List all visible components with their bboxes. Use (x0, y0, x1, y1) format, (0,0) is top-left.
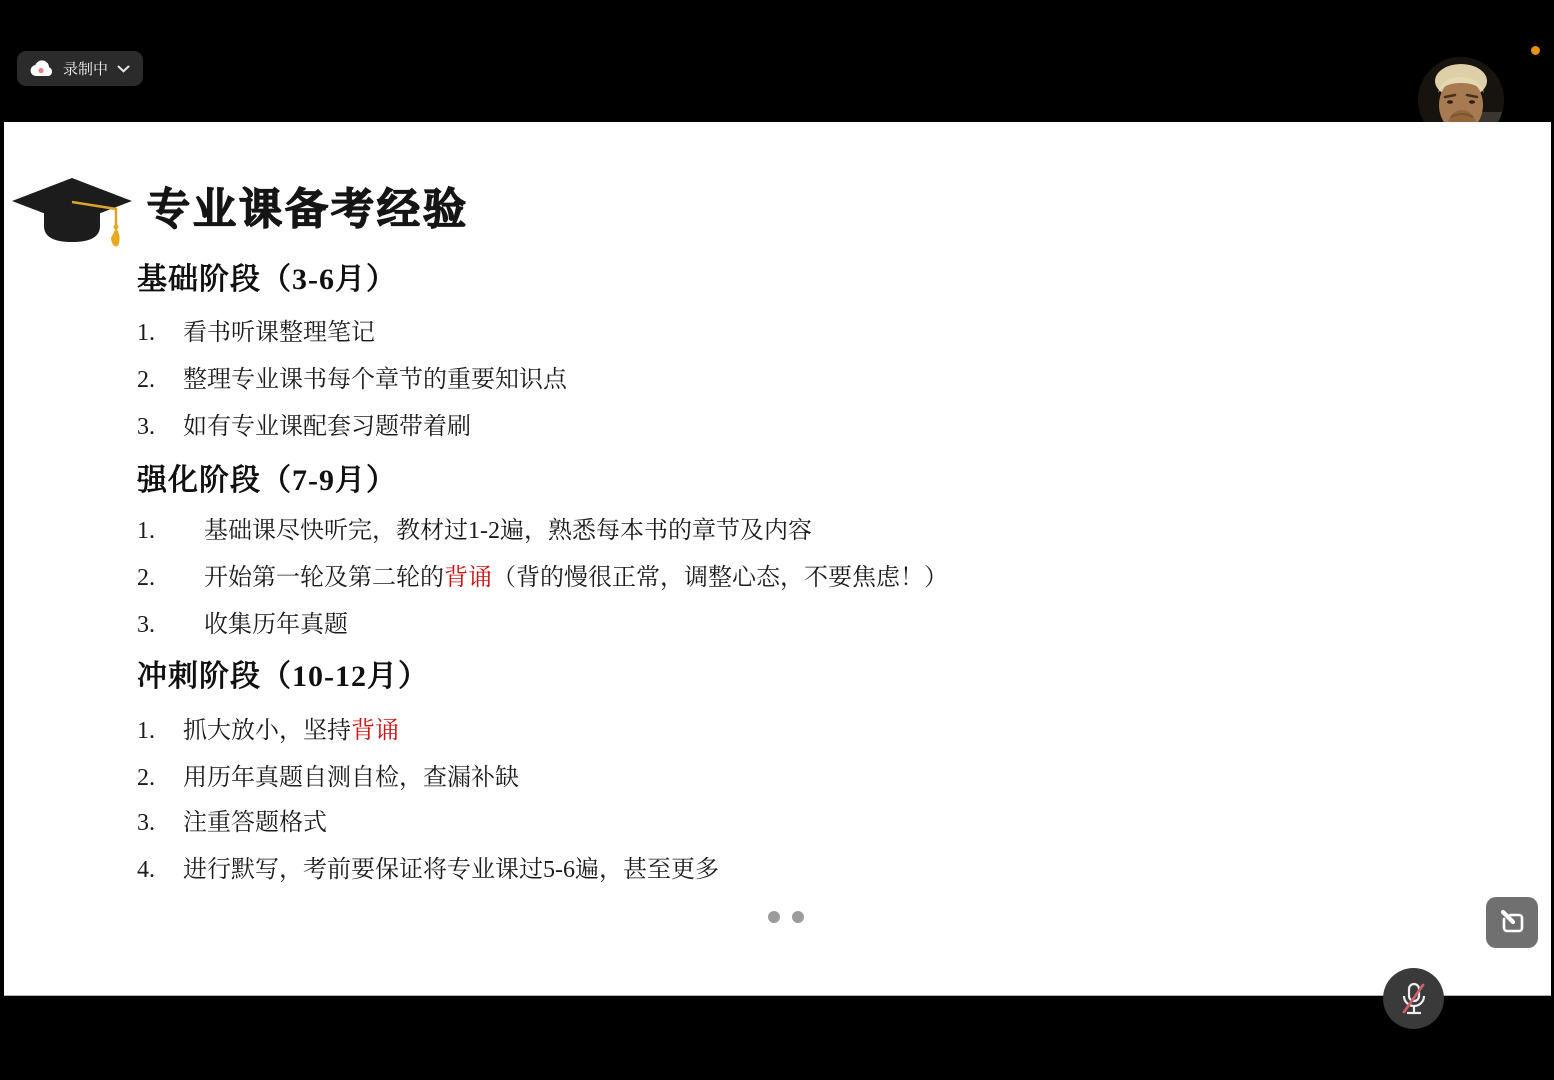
shared-slide: 专业课备考经验 基础阶段（3-6月） 1. 看书听课整理笔记 2. 整理专业课书… (4, 122, 1551, 996)
item-text: 整理专业课书每个章节的重要知识点 (183, 367, 567, 395)
list-item: 3. 如有专业课配套习题带着刷 (137, 414, 471, 442)
item-text-suffix: （背的慢很正常，调整心态，不要焦虑！） (492, 565, 948, 591)
section-heading-intensive: 强化阶段（7-9月） (137, 466, 397, 496)
item-text: 开始第一轮及第二轮的背诵（背的慢很正常，调整心态，不要焦虑！） (204, 565, 948, 593)
notification-dot (1531, 46, 1540, 55)
pagination-dot (768, 911, 780, 923)
item-number: 1. (137, 320, 183, 348)
item-text: 进行默写，考前要保证将专业课过5-6遍，甚至更多 (183, 857, 719, 885)
annotation-button[interactable] (1486, 897, 1538, 948)
item-text-prefix: 抓大放小，坚持 (183, 718, 351, 744)
annotation-pen-icon (1497, 908, 1527, 938)
item-text: 如有专业课配套习题带着刷 (183, 414, 471, 442)
page-title: 专业课备考经验 (147, 176, 469, 237)
section-heading-basic: 基础阶段（3-6月） (137, 265, 397, 295)
pagination-dot (792, 911, 804, 923)
item-number: 4. (137, 857, 183, 885)
item-number: 2. (137, 367, 183, 395)
recording-button[interactable]: 录制中 (17, 51, 143, 86)
slide-pagination (768, 911, 804, 923)
item-text-highlight: 背诵 (444, 565, 492, 591)
recording-label: 录制中 (63, 58, 108, 79)
graduation-cap-icon (8, 174, 136, 257)
item-text: 抓大放小，坚持背诵 (183, 718, 399, 746)
chevron-down-icon[interactable] (117, 65, 130, 73)
item-text: 注重答题格式 (183, 810, 327, 838)
list-item: 1. 基础课尽快听完，教材过1-2遍，熟悉每本书的章节及内容 (137, 518, 812, 546)
item-number: 3. (137, 414, 183, 442)
mute-button[interactable] (1383, 968, 1444, 1029)
item-number: 2. (137, 765, 183, 793)
item-number: 1. (137, 518, 204, 546)
list-item: 4. 进行默写，考前要保证将专业课过5-6遍，甚至更多 (137, 857, 719, 885)
list-item: 3. 收集历年真题 (137, 612, 348, 640)
list-item: 2. 整理专业课书每个章节的重要知识点 (137, 367, 567, 395)
meeting-window: 录制中 (0, 0, 1554, 1080)
list-item: 1. 看书听课整理笔记 (137, 320, 375, 348)
section-heading-sprint: 冲刺阶段（10-12月） (137, 662, 429, 692)
item-text: 收集历年真题 (204, 612, 348, 640)
item-text-prefix: 开始第一轮及第二轮的 (204, 565, 444, 591)
item-text: 看书听课整理笔记 (183, 320, 375, 348)
item-number: 3. (137, 612, 204, 640)
mic-muted-icon (1397, 980, 1431, 1018)
item-text: 用历年真题自测自检，查漏补缺 (183, 765, 519, 793)
list-item: 1. 抓大放小，坚持背诵 (137, 718, 399, 746)
list-item: 2. 用历年真题自测自检，查漏补缺 (137, 765, 519, 793)
cloud-record-icon (30, 60, 54, 77)
item-text-highlight: 背诵 (351, 718, 399, 744)
item-number: 2. (137, 565, 204, 593)
list-item: 2. 开始第一轮及第二轮的背诵（背的慢很正常，调整心态，不要焦虑！） (137, 565, 948, 593)
item-number: 1. (137, 718, 183, 746)
list-item: 3. 注重答题格式 (137, 810, 327, 838)
item-number: 3. (137, 810, 183, 838)
item-text: 基础课尽快听完，教材过1-2遍，熟悉每本书的章节及内容 (204, 518, 812, 546)
